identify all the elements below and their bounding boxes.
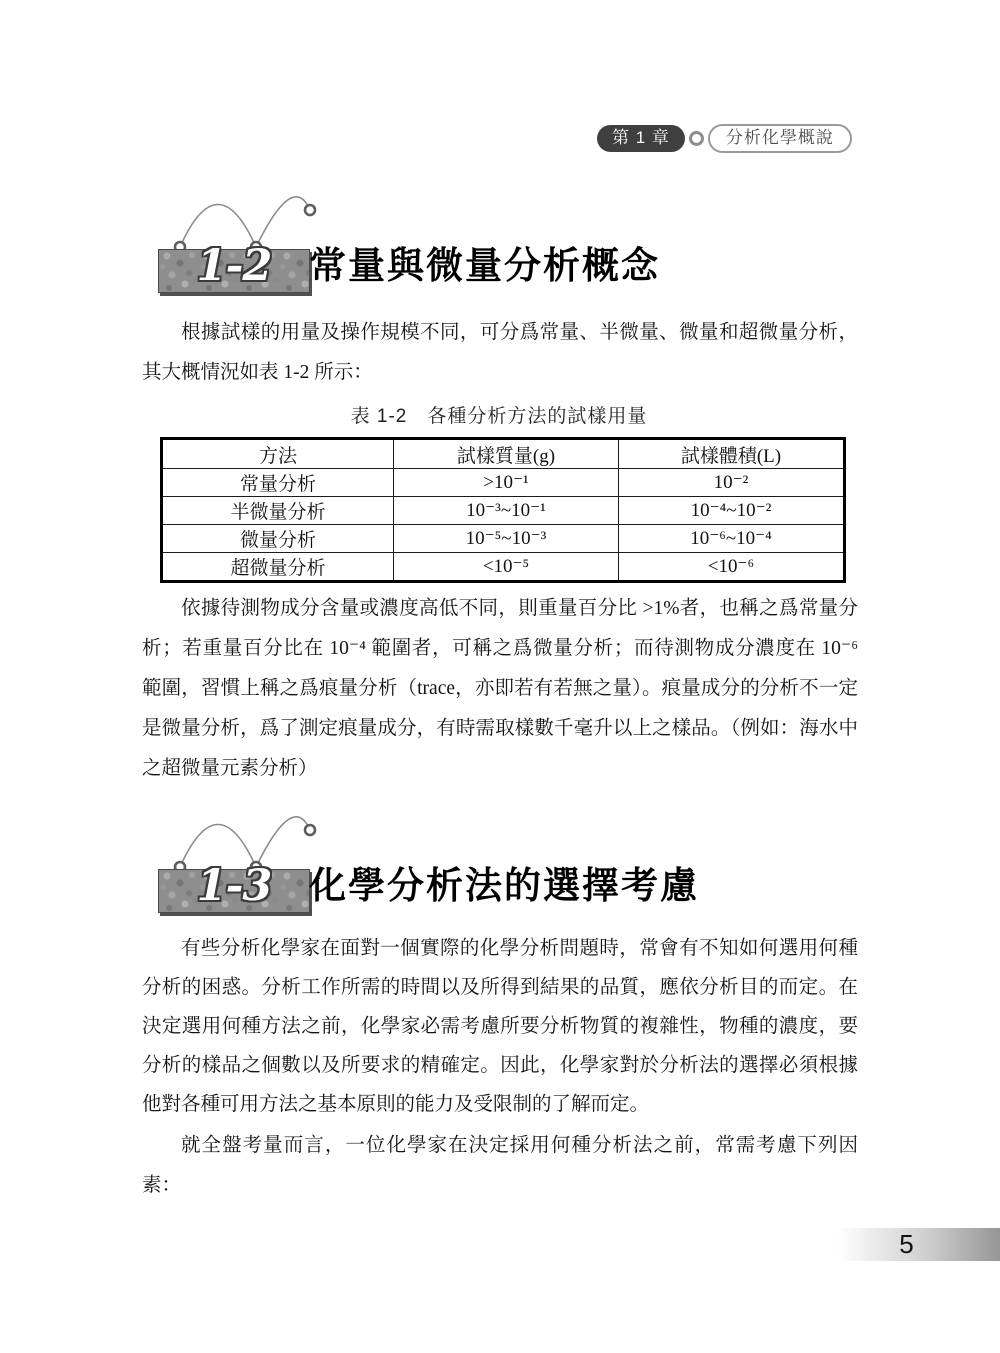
footer-page-band: 5 <box>837 1228 1000 1261</box>
body-paragraph: 根據試樣的用量及操作規模不同，可分爲常量、半微量、微量和超微量分析，其大概情況如… <box>142 313 858 393</box>
section-number: 1-2 <box>159 241 309 293</box>
table-cell: 10⁻⁶~10⁻⁴ <box>619 525 845 553</box>
book-page: 第 1 章 分析化學概說 1-2 常量與微量分析概念 根據試樣的用量及操作規模不… <box>0 0 1000 1353</box>
table-row: 超微量分析 <10⁻⁵ <10⁻⁶ <box>162 553 845 582</box>
table-cell: <10⁻⁶ <box>619 553 845 582</box>
chapter-title-badge: 分析化學概說 <box>708 124 852 153</box>
ring-icon <box>689 131 704 146</box>
body-paragraph: 依據待測物成分含量或濃度高低不同，則重量百分比 >1%者，也稱之爲常量分析；若重… <box>142 589 858 789</box>
page-number: 5 <box>899 1229 913 1260</box>
table-cell: 10⁻⁴~10⁻² <box>619 497 845 525</box>
ring-icon <box>305 825 315 835</box>
table-row: 微量分析 10⁻⁵~10⁻³ 10⁻⁶~10⁻⁴ <box>162 525 845 553</box>
table-cell: 10⁻⁵~10⁻³ <box>394 525 619 553</box>
table-cell: 半微量分析 <box>162 497 394 525</box>
table-cell: 10⁻² <box>619 469 845 497</box>
column-header: 試樣質量(g) <box>394 439 619 469</box>
section-number-block: 1-3 <box>158 869 310 913</box>
section-number: 1-3 <box>159 861 309 913</box>
column-header: 方法 <box>162 439 394 469</box>
table-header-row: 方法 試樣質量(g) 試樣體積(L) <box>162 439 845 469</box>
table-cell: >10⁻¹ <box>394 469 619 497</box>
table-row: 常量分析 >10⁻¹ 10⁻² <box>162 469 845 497</box>
column-header: 試樣體積(L) <box>619 439 845 469</box>
table-cell: <10⁻⁵ <box>394 553 619 582</box>
table-cell: 超微量分析 <box>162 553 394 582</box>
body-paragraph: 有些分析化學家在面對一個實際的化學分析問題時，常會有不知如何選用何種分析的困惑。… <box>142 929 858 1124</box>
table-row: 半微量分析 10⁻³~10⁻¹ 10⁻⁴~10⁻² <box>162 497 845 525</box>
section-title: 常量與微量分析概念 <box>309 242 660 292</box>
sample-usage-table: 方法 試樣質量(g) 試樣體積(L) 常量分析 >10⁻¹ 10⁻² 半微量分析… <box>160 437 846 583</box>
body-paragraph: 就全盤考量而言，一位化學家在決定採用何種分析法之前，常需考慮下列因素： <box>142 1126 858 1206</box>
section-number-block: 1-2 <box>158 249 310 293</box>
ring-icon <box>305 205 315 215</box>
table-cell: 10⁻³~10⁻¹ <box>394 497 619 525</box>
table-cell: 微量分析 <box>162 525 394 553</box>
table-cell: 常量分析 <box>162 469 394 497</box>
section-title: 化學分析法的選擇考慮 <box>309 862 699 912</box>
table-caption: 表 1-2 各種分析方法的試樣用量 <box>160 401 838 428</box>
section-heading-1-3: 1-3 化學分析法的選擇考慮 <box>158 816 888 914</box>
chapter-number-badge: 第 1 章 <box>597 125 685 152</box>
section-heading-1-2: 1-2 常量與微量分析概念 <box>158 196 888 294</box>
chapter-header: 第 1 章 分析化學概說 <box>597 124 852 153</box>
